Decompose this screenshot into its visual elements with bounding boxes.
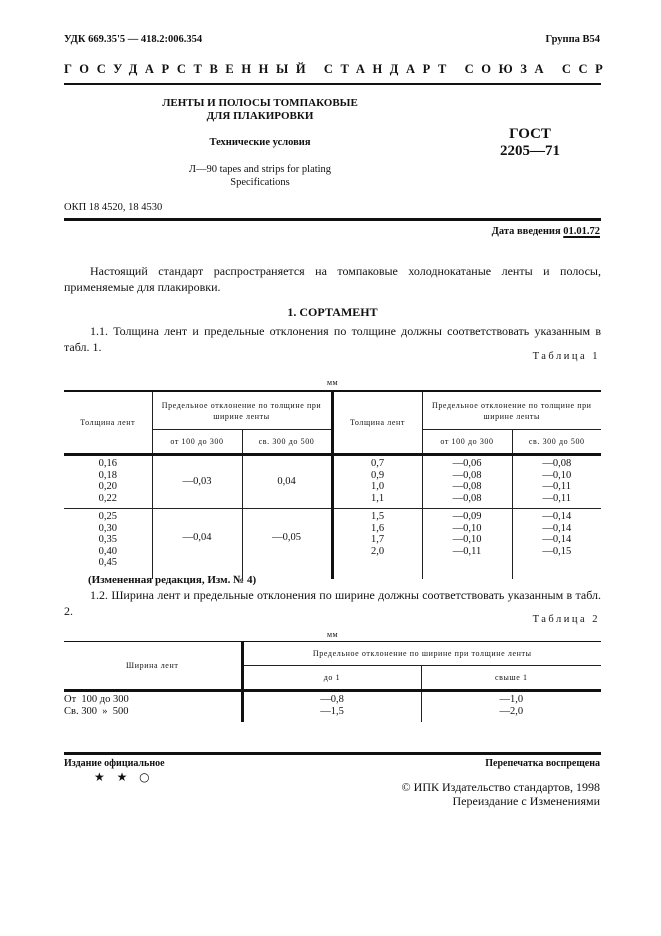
paragraph-1-1: 1.1. Толщина лент и предельные отклонени… [64, 324, 601, 355]
t2-cell: —1,0 —2,0 [421, 691, 601, 723]
t1-cell: 0,25 0,30 0,35 0,40 0,45 [64, 509, 152, 580]
t1-cell: —0,03 [152, 455, 242, 509]
okp-codes: ОКП 18 4520, 18 4530 [64, 202, 162, 213]
t1-cell: —0,06 —0,08 —0,08 —0,08 [422, 455, 512, 509]
section-1-heading: 1. СОРТАМЕНТ [64, 305, 601, 320]
document-title: ЛЕНТЫ И ПОЛОСЫ ТОМПАКОВЫЕ ДЛЯ ПЛАКИРОВКИ [130, 97, 390, 123]
t1-cell: 0,16 0,18 0,20 0,22 [64, 455, 152, 509]
t2-cell: —0,8 —1,5 [242, 691, 421, 723]
table-1-caption: Таблица 1 [533, 351, 600, 362]
english-title-line-2: Specifications [130, 176, 390, 189]
date-value: 01.01.72 [563, 226, 600, 237]
gost-designation: ГОСТ 2205—71 [480, 126, 580, 160]
table-row: От 100 до 300 Св. 300 » 500 —0,8 —1,5 —1… [64, 691, 601, 723]
t1-cell: 0,7 0,9 1,0 1,1 [332, 455, 422, 509]
copyright: © ИПК Издательство стандартов, 1998 [402, 780, 600, 794]
t1-cell: —0,05 [242, 509, 332, 580]
title-line-2: ДЛЯ ПЛАКИРОВКИ [130, 110, 390, 123]
intro-paragraph: Настоящий стандарт распространяется на т… [64, 264, 601, 295]
t2-sub-over-1: свыше 1 [421, 666, 601, 691]
t1-header-deviation-right: Предельное отклонение по толщине при шир… [422, 391, 601, 430]
table-2-caption: Таблица 2 [533, 614, 600, 625]
t1-sub-300-500-right: св. 300 до 500 [512, 430, 601, 455]
t1-header-deviation-left: Предельное отклонение по толщине при шир… [152, 391, 332, 430]
star-star-circle-icon: ★ ★ ○ [94, 770, 154, 784]
t1-header-thickness-left: Толщина лент [64, 391, 152, 455]
t1-cell: —0,09 —0,10 —0,10 —0,11 [422, 509, 512, 580]
title-rule [64, 218, 601, 221]
footer-rule [64, 752, 601, 755]
t1-cell: —0,14 —0,14 —0,14 —0,15 [512, 509, 601, 580]
reprint-prohibited: Перепечатка воспрещена [485, 758, 600, 769]
t1-cell: 0,04 [242, 455, 332, 509]
t1-sub-300-500-left: св. 300 до 500 [242, 430, 332, 455]
table-row: 0,16 0,18 0,20 0,22 —0,03 0,04 0,7 0,9 1… [64, 455, 601, 509]
gost-number: 2205—71 [480, 143, 580, 160]
table-row: 0,25 0,30 0,35 0,40 0,45 —0,04 —0,05 1,5… [64, 509, 601, 580]
table-2-unit: мм [64, 630, 601, 639]
t2-header-deviation: Предельное отклонение по ширине при толщ… [242, 642, 601, 666]
t1-cell: —0,08 —0,10 —0,11 —0,11 [512, 455, 601, 509]
header-rule [64, 83, 601, 85]
group-code: Группа В54 [546, 34, 600, 45]
t2-cell: От 100 до 300 Св. 300 » 500 [64, 691, 242, 723]
gost-label: ГОСТ [480, 126, 580, 143]
table-1: Толщина лент Предельное отклонение по то… [64, 390, 601, 579]
official-edition: Издание официальное [64, 758, 165, 769]
english-title: Л—90 tapes and strips for plating Specif… [130, 163, 390, 189]
document-subtitle: Технические условия [130, 137, 390, 148]
date-label: Дата введения [492, 226, 561, 237]
t2-header-width: Ширина лент [64, 642, 242, 691]
amendment-note: (Измененная редакция, Изм. № 4) [88, 574, 256, 586]
t1-sub-100-300-left: от 100 до 300 [152, 430, 242, 455]
table-2: Ширина лент Предельное отклонение по шир… [64, 641, 601, 722]
title-line-1: ЛЕНТЫ И ПОЛОСЫ ТОМПАКОВЫЕ [130, 97, 390, 110]
udk-code: УДК 669.35'5 — 418.2:006.354 [64, 34, 202, 45]
reissue-note: Переиздание с Изменениями [402, 794, 600, 808]
t1-sub-100-300-right: от 100 до 300 [422, 430, 512, 455]
table-1-unit: мм [64, 378, 601, 387]
copyright-block: © ИПК Издательство стандартов, 1998 Пере… [402, 780, 600, 808]
t1-cell: —0,04 [152, 509, 242, 580]
t1-cell: 1,5 1,6 1,7 2,0 [332, 509, 422, 580]
english-title-line-1: Л—90 tapes and strips for plating [130, 163, 390, 176]
t2-sub-upto-1: до 1 [242, 666, 421, 691]
t1-header-thickness-right: Толщина лент [332, 391, 422, 455]
introduction-date: Дата введения 01.01.72 [492, 226, 600, 237]
paragraph-1-2: 1.2. Ширина лент и предельные отклонения… [64, 588, 601, 619]
state-standard-header: ГОСУДАРСТВЕННЫЙ СТАНДАРТ СОЮЗА ССР [64, 62, 601, 77]
